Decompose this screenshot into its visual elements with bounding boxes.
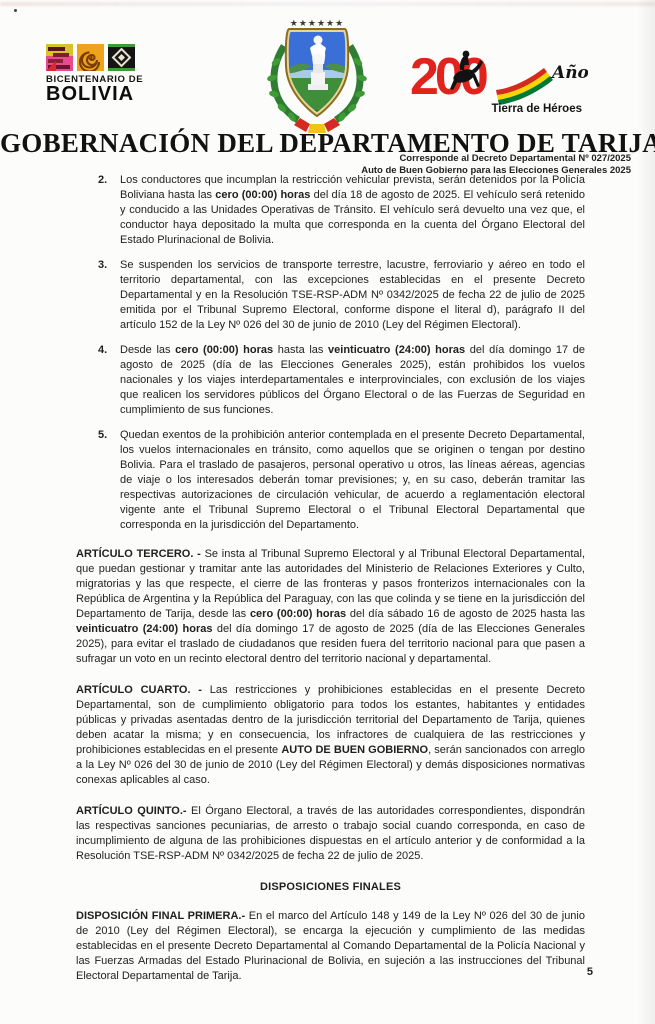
item-text: Quedan exentos de la prohibición anterio… <box>120 428 585 533</box>
item-text: Los conductores que incumplan la restric… <box>120 173 585 248</box>
page-number: 5 <box>587 966 593 978</box>
numbered-item-5: 5. Quedan exentos de la prohibición ante… <box>98 428 585 533</box>
bicentenario-square-chakana-icon <box>108 44 135 71</box>
numbered-item-2: 2. Los conductores que incumplan la rest… <box>98 173 585 248</box>
numbered-item-3: 3. Se suspenden los servicios de transpo… <box>98 258 585 333</box>
bicentennial-200-anos-logo: 200 Años Tierra de Héroes <box>408 46 588 115</box>
item-number: 2. <box>98 173 120 248</box>
document-body: 2. Los conductores que incumplan la rest… <box>76 173 585 1000</box>
scan-artifact-line <box>0 2 655 6</box>
scanned-decree-page: BICENTENARIO DE BOLIVIA ★★★★★★ <box>0 0 655 1024</box>
anos-script-text: Años <box>550 63 588 83</box>
bolivia-flag-swoosh-icon <box>496 68 553 105</box>
tarija-coat-of-arms: ★★★★★★ <box>258 14 376 141</box>
bicentenario-square-pink-icon <box>46 44 73 71</box>
articulo-quinto: ARTÍCULO QUINTO.- El Órgano Electoral, a… <box>76 804 585 864</box>
svg-text:★★★★★★: ★★★★★★ <box>290 18 344 28</box>
item-number: 4. <box>98 343 120 418</box>
bicentenario-square-spiral-icon <box>77 44 104 71</box>
coat-of-arms-icon: ★★★★★★ <box>258 14 376 136</box>
item-text: Desde las cero (00:00) horas hasta las v… <box>120 343 585 418</box>
bicentenario-label-line2: BOLIVIA <box>46 85 178 104</box>
disposicion-final-primera: DISPOSICIÓN FINAL PRIMERA.- En el marco … <box>76 909 585 984</box>
articulo-cuarto: ARTÍCULO CUARTO. - Las restricciones y p… <box>76 683 585 788</box>
disposiciones-finales-heading: DISPOSICIONES FINALES <box>76 880 585 895</box>
item-number: 3. <box>98 258 120 333</box>
numbered-item-4: 4. Desde las cero (00:00) horas hasta la… <box>98 343 585 418</box>
bicentenario-squares-icon <box>46 44 178 71</box>
item-text: Se suspenden los servicios de transporte… <box>120 258 585 333</box>
decree-reference-line1: Corresponde al Decreto Departamental Nº … <box>361 153 631 165</box>
articulo-tercero: ARTÍCULO TERCERO. - Se insta al Tribunal… <box>76 547 585 667</box>
scan-artifact-dot <box>14 9 17 12</box>
bicentenario-bolivia-logo: BICENTENARIO DE BOLIVIA <box>46 44 178 104</box>
item-number: 5. <box>98 428 120 533</box>
